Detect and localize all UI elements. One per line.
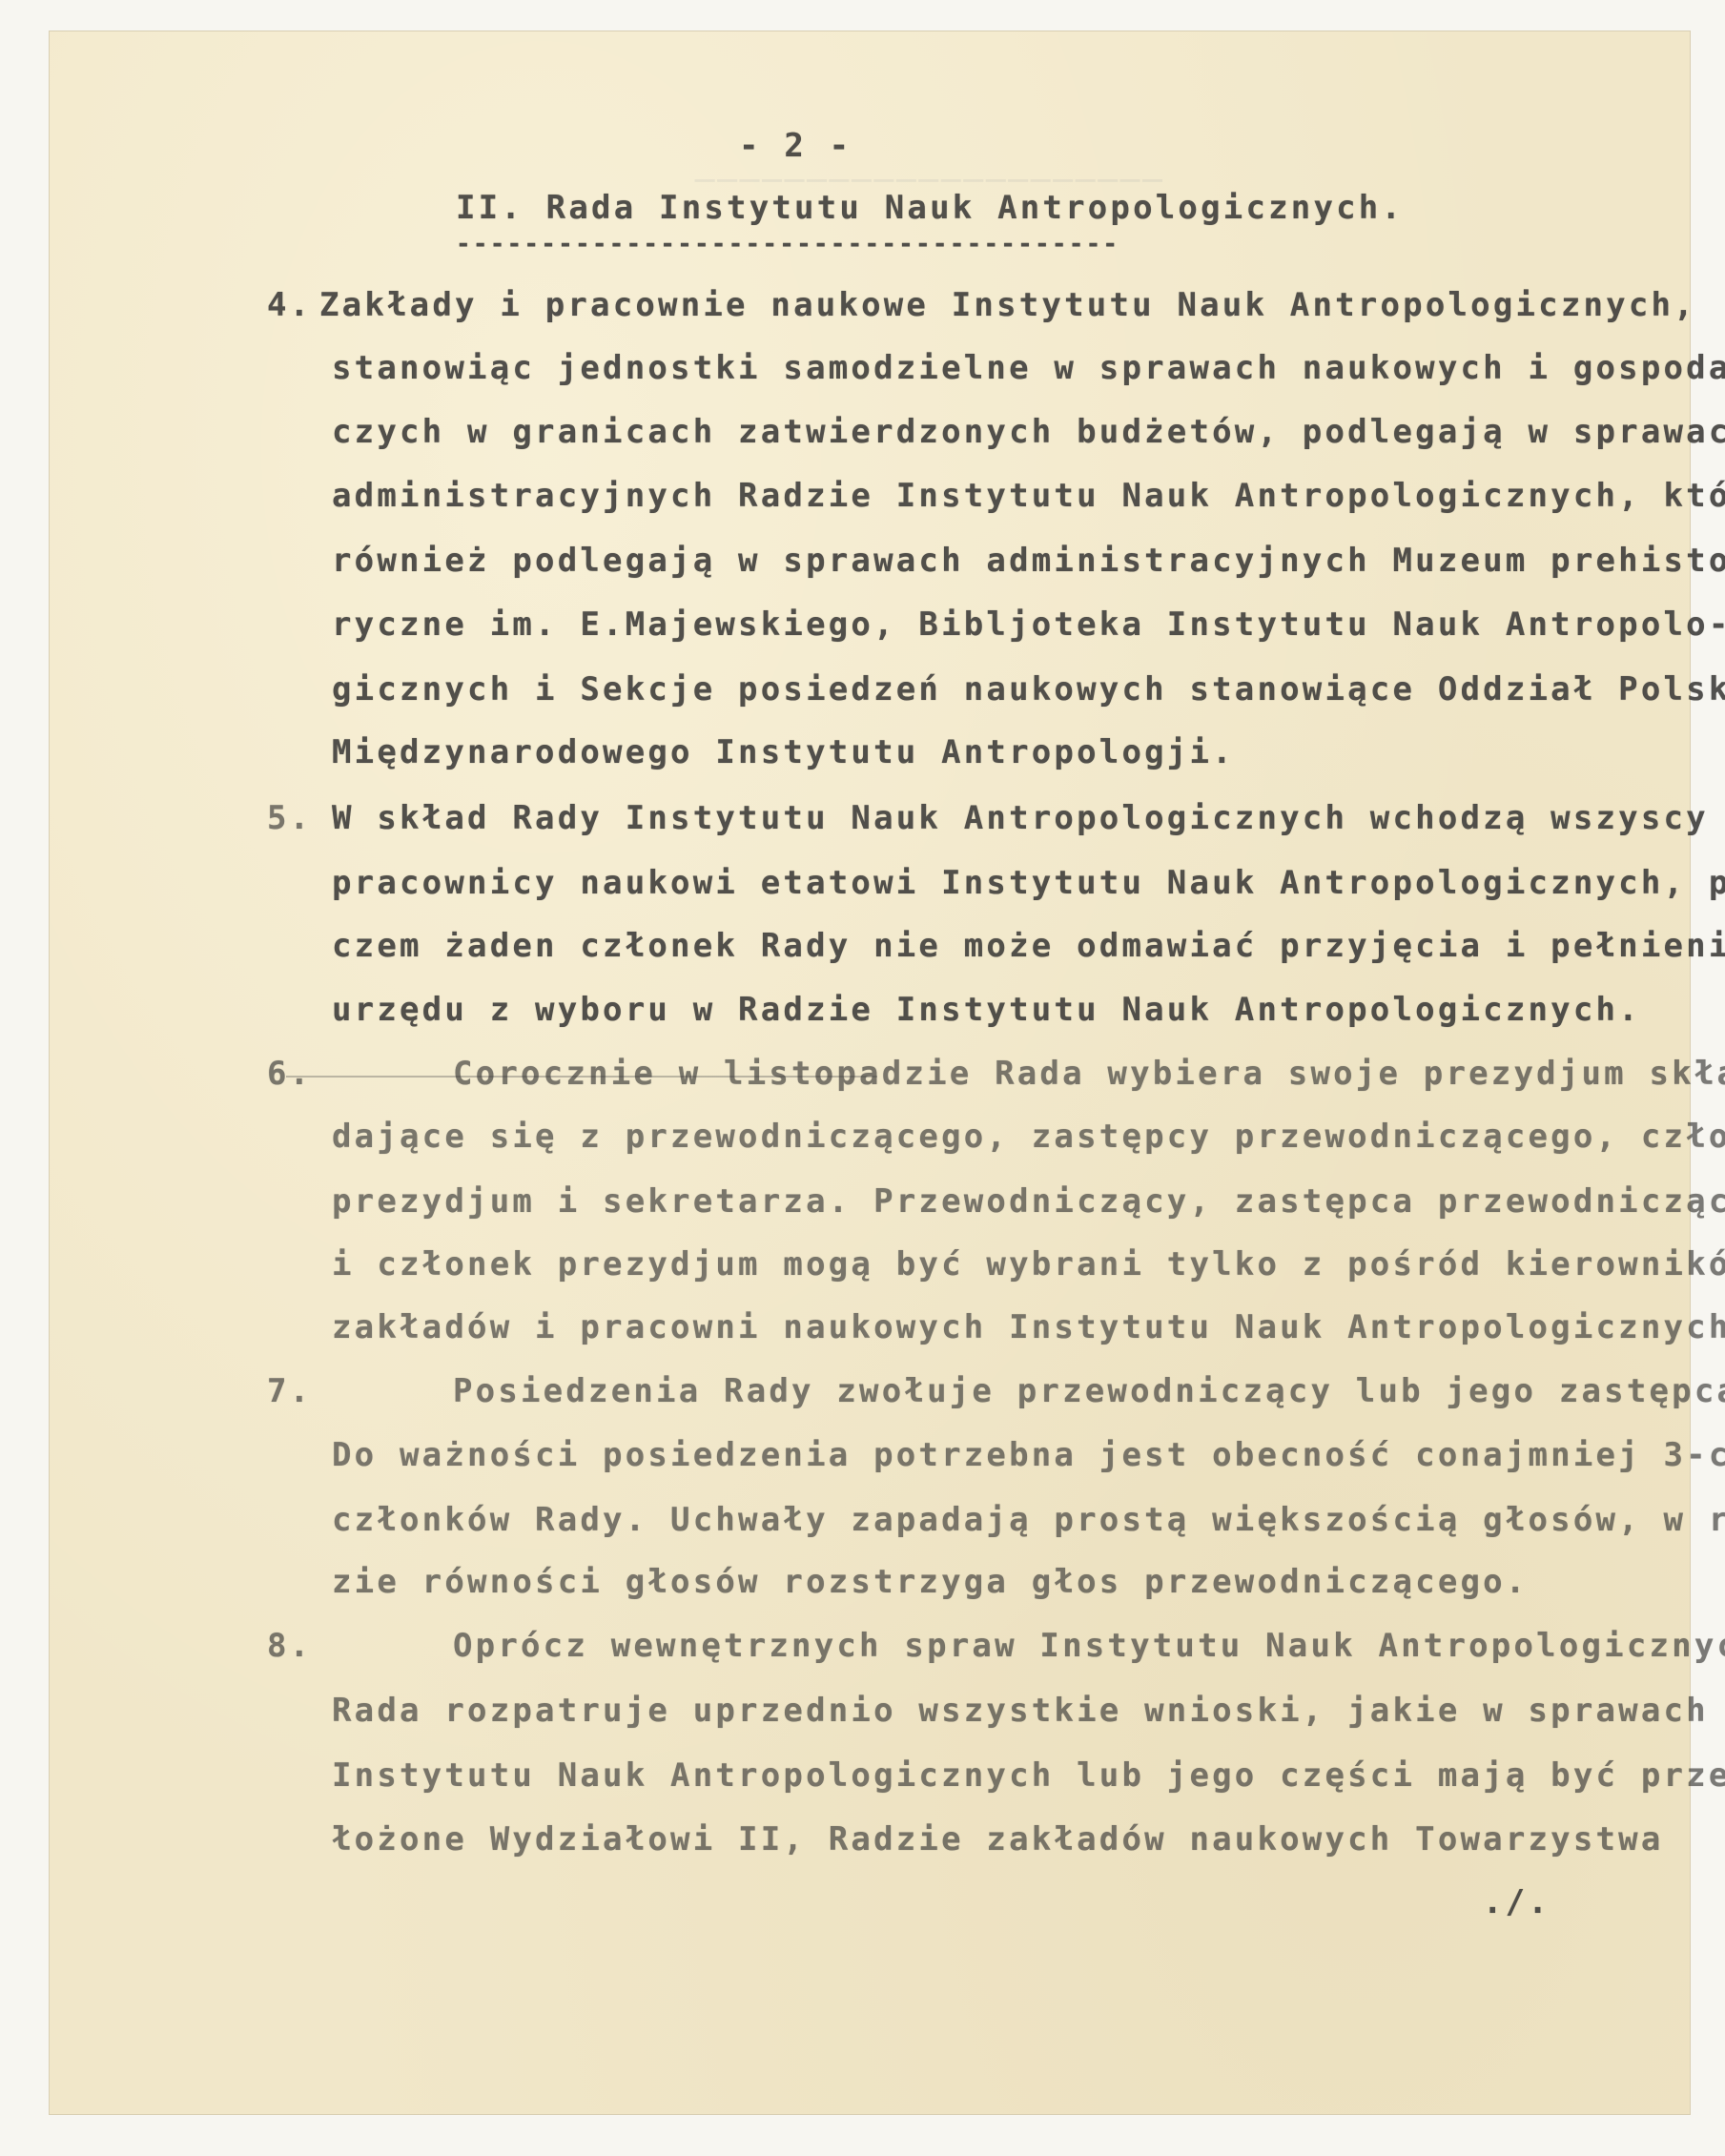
text-line: W skład Rady Instytutu Nauk Antropologic… [332,799,1709,837]
text-line: administracyjnych Radzie Instytutu Nauk … [332,477,1725,515]
item-number: 7. [267,1372,312,1410]
text-line: czem żaden członek Rady nie może odmawia… [332,927,1725,965]
text-line: stanowiąc jednostki samodzielne w sprawa… [332,349,1725,387]
text-line: czych w granicach zatwierdzonych budżetó… [332,413,1725,451]
text-line: Do ważności posiedzenia potrzebna jest o… [332,1436,1725,1474]
text-line: ryczne im. E.Majewskiego, Bibljoteka Ins… [332,606,1725,644]
text-line: Oprócz wewnętrznych spraw Instytutu Nauk… [453,1627,1725,1665]
text-line: Rada rozpatruje uprzednio wszystkie wnio… [332,1692,1709,1730]
text-line: pracownicy naukowi etatowi Instytutu Nau… [332,864,1725,902]
text-line: zakładów i pracowni naukowych Instytutu … [332,1308,1725,1346]
continuation-mark: ./. [1483,1883,1550,1921]
text-line: Corocznie w listopadzie Rada wybiera swo… [453,1055,1725,1093]
text-line: gicznych i Sekcje posiedzeń naukowych st… [332,670,1725,708]
text-line: prezydjum i sekretarza. Przewodniczący, … [332,1182,1725,1221]
text-line: Zakłady i pracownie naukowe Instytutu Na… [319,286,1696,324]
text-line: zie równości głosów rozstrzyga głos prze… [332,1563,1529,1601]
section-title: II. Rada Instytutu Nauk Antropologicznyc… [456,189,1404,227]
page-number: - 2 - [739,127,852,165]
text-line: członków Rady. Uchwały zapadają prostą w… [332,1501,1725,1539]
item-number: 6. [267,1055,312,1093]
text-line: dające się z przewodniczącego, zastępcy … [332,1118,1725,1156]
item-number: 8. [267,1627,312,1665]
text-line: i członek prezydjum mogą być wybrani tyl… [332,1245,1725,1283]
text-line: również podlegają w sprawach administrac… [332,542,1725,580]
text-line: łożone Wydziałowi II, Radzie zakładów na… [332,1820,1664,1858]
item-number: 5. [267,799,312,837]
text-line: Posiedzenia Rady zwołuje przewodniczący … [453,1372,1725,1410]
text-line: urzędu z wyboru w Radzie Instytutu Nauk … [332,991,1641,1029]
text-line: Instytutu Nauk Antropologicznych lub jeg… [332,1756,1725,1795]
item-number: 4. [267,286,312,324]
title-underline: --------------------------------------- [456,225,1119,263]
text-line: Międzynarodowego Instytutu Antropologji. [332,733,1235,771]
